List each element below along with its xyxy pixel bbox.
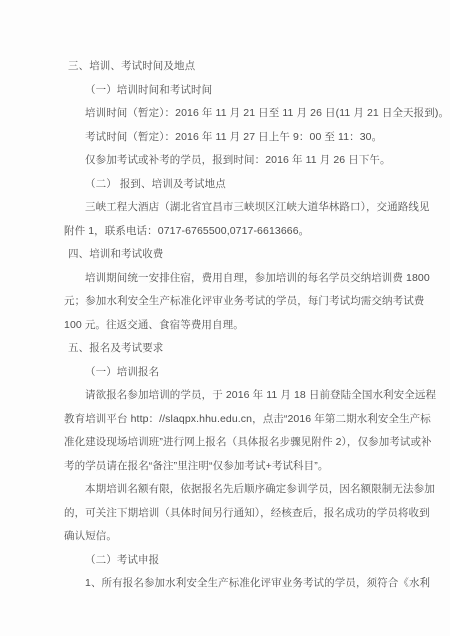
section-heading-5: 五、报名及考试要求: [64, 337, 394, 361]
text-line-quota-1: 本期培训名额有限，依据报名先后顺序确定参训学员，因名额限制无法参加: [64, 478, 394, 502]
subsection-heading-3-1: （一）培训时间和考试时间: [64, 79, 394, 103]
text-line-training-time: 培训时间（暂定）：2016 年 11 月 21 日至 11 月 26 日(11 …: [64, 102, 394, 126]
text-line-fees-1: 培训期间统一安排住宿，费用自理，参加培训的每名学员交纳培训费 1800: [64, 267, 394, 291]
section-heading-4: 四、培训和考试收费: [64, 243, 394, 267]
text-line-registration-2: 教育培训平台 http：//slaqpx.hhu.edu.cn，点击“2016 …: [64, 408, 394, 432]
document-page: 三、培训、考试时间及地点 （一）培训时间和考试时间 培训时间（暂定）：2016 …: [0, 0, 450, 636]
text-line-checkin-time: 仅参加考试或补考的学员，报到时间：2016 年 11 月 26 日下午。: [64, 149, 394, 173]
text-line-quota-2: 的，可关注下期培训（具体时间另行通知），经核查后，报名成功的学员将收到: [64, 502, 394, 526]
text-line-venue-contact: 附件 1，联系电话：0717-6765500,0717-6613666。: [64, 220, 394, 244]
text-line-exam-time: 考试时间（暂定）：2016 年 11 月 27 日上午 9：00 至 11：30…: [64, 126, 394, 150]
subsection-heading-3-2: （二） 报到、培训及考试地点: [64, 173, 394, 197]
text-line-registration-4: 考的学员请在报名“备注”里注明“仅参加考试+考试科目”。: [64, 455, 394, 479]
text-line-exam-application: 1、所有报名参加水利安全生产标准化评审业务考试的学员，须符合《水利: [64, 572, 394, 596]
text-line-fees-3: 100 元。往返交通、食宿等费用自理。: [64, 314, 394, 338]
document-body: 三、培训、考试时间及地点 （一）培训时间和考试时间 培训时间（暂定）：2016 …: [64, 55, 394, 596]
text-line-registration-1: 请欲报名参加培训的学员，于 2016 年 11 月 18 日前登陆全国水利安全远…: [64, 384, 394, 408]
text-line-fees-2: 元；参加水利安全生产标准化评审业务考试的学员，每门考试均需交纳考试费: [64, 290, 394, 314]
text-line-registration-3: 准化建设现场培训班”进行网上报名（具体报名步骤见附件 2），仅参加考试或补: [64, 431, 394, 455]
subsection-heading-5-1: （一）培训报名: [64, 361, 394, 385]
subsection-heading-5-2: （二）考试申报: [64, 549, 394, 573]
text-line-quota-3: 确认短信。: [64, 525, 394, 549]
text-line-venue: 三峡工程大酒店（湖北省宜昌市三峡坝区江峡大道华林路口），交通路线见: [64, 196, 394, 220]
section-heading-3: 三、培训、考试时间及地点: [64, 55, 394, 79]
